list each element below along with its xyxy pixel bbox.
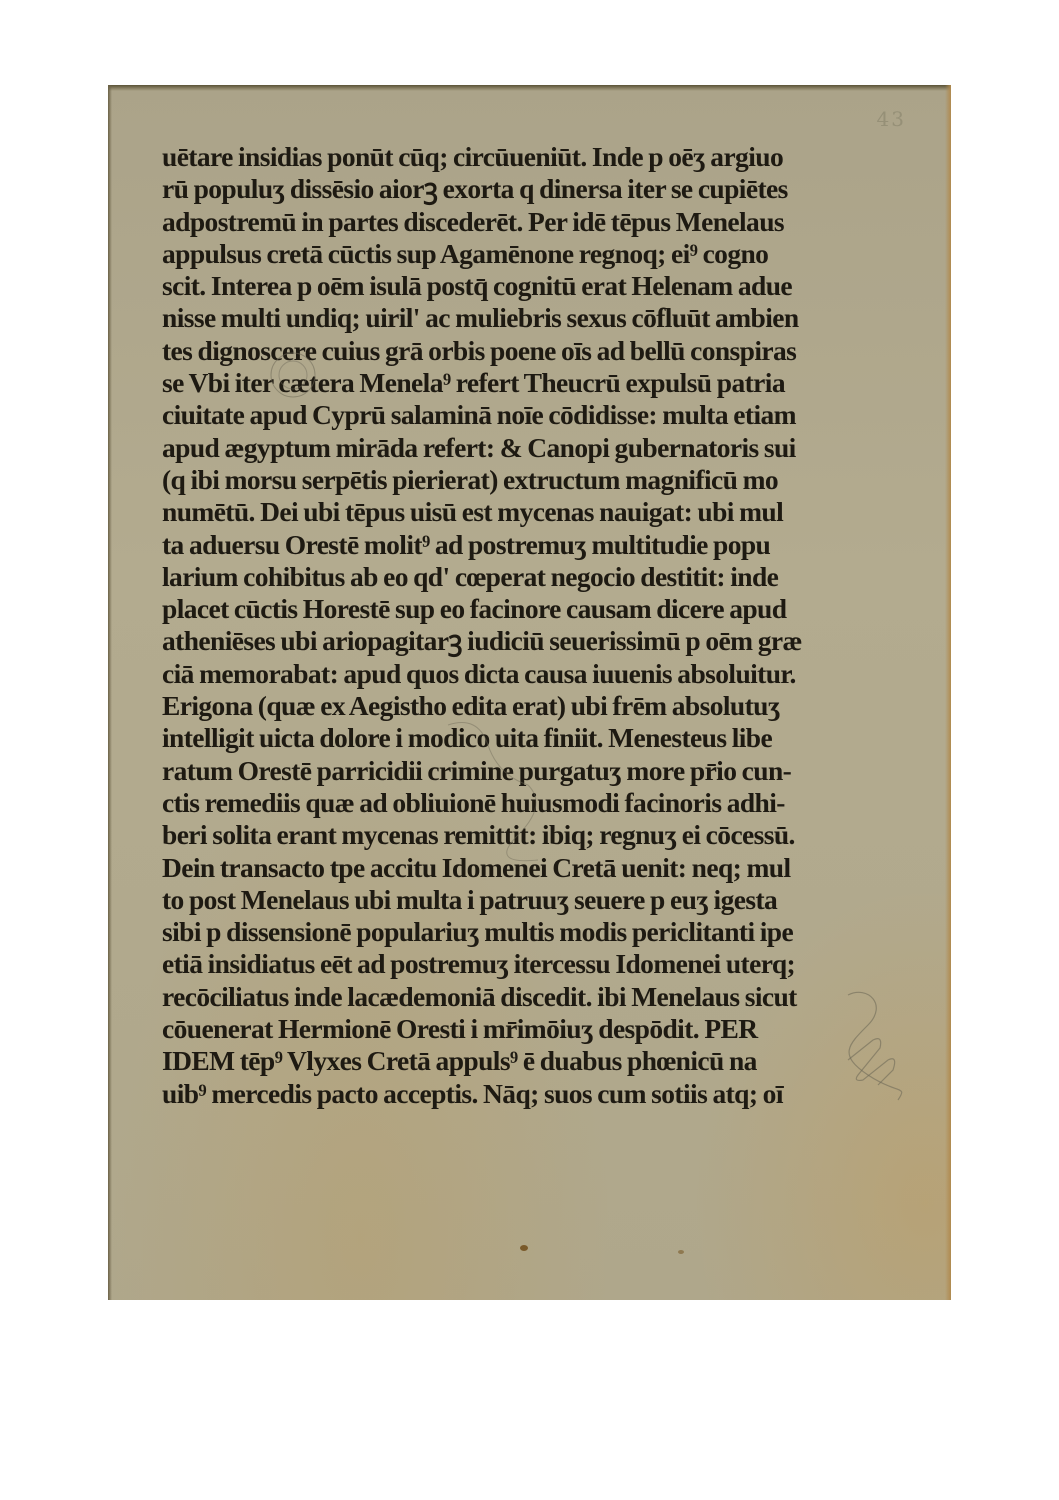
text-line: beri solita erant mycenas remittit: ibiq… [162,819,842,851]
text-line: larium cohibitus ab eo qd' cœperat negoc… [162,561,842,593]
text-line: adpostremū in partes discederēt. Per idē… [162,206,842,238]
text-line: Erigona (quæ ex Aegistho edita erat) ubi… [162,690,842,722]
page-left-edge [108,85,112,1300]
text-line: ta aduersu Orestē molit⁹ ad postremuʒ mu… [162,529,842,561]
text-line: ciuitate apud Cyprū salaminā noīe cōdidi… [162,399,842,431]
text-line: uib⁹ mercedis pacto acceptis. Nāq; suos … [162,1078,842,1110]
text-line: cōuenerat Hermionē Oresti i mr̄imōiuʒ de… [162,1013,842,1045]
paper-stain [678,1250,684,1254]
text-line: IDEM tēp⁹ Vlyxes Cretā appuls⁹ ē duabus … [162,1045,842,1077]
text-line: se Vbi iter cætera Menela⁹ refert Theucr… [162,367,842,399]
pencil-folio-number: 43 [877,107,906,131]
text-line: ciā memorabat: apud quos dicta causa iuu… [162,658,842,690]
text-line: recōciliatus inde lacædemoniā discedit. … [162,981,842,1013]
text-line: to post Menelaus ubi multa i patruuʒ seu… [162,884,842,916]
text-line: (q ibi morsu serpētis pierierat) extruct… [162,464,842,496]
text-line: apud ægyptum mirāda refert: & Canopi gub… [162,432,842,464]
page-top-edge [108,85,951,91]
text-line: etiā insidiatus eēt ad postremuʒ iterces… [162,948,842,980]
text-line: intelligit uicta dolore i modico uita fi… [162,722,842,754]
marginal-doodle-icon [838,1020,908,1090]
text-line: sibi p dissensionē populariuʒ multis mod… [162,916,842,948]
text-line: ratum Orestē parricidii crimine purgatuʒ… [162,755,842,787]
text-line: appulsus cretā cūctis sup Agamēnone regn… [162,238,842,270]
page-right-edge [945,85,951,1300]
text-line: rū populuʒ dissēsio aiorꝫ exorta q diner… [162,173,842,205]
text-line: numētū. Dei ubi tēpus uisū est mycenas n… [162,496,842,528]
manuscript-page: 43 uētare insidias ponūt cūq; circūueniū… [108,85,951,1300]
text-line: atheniēses ubi ariopagitarꝫ iudiciū seue… [162,625,842,657]
text-line: placet cūctis Horestē sup eo facinore ca… [162,593,842,625]
text-line: uētare insidias ponūt cūq; circūueniūt. … [162,141,842,173]
paper-stain [520,1245,528,1251]
text-line: scit. Interea p oēm isulā postq̄ cognitū… [162,270,842,302]
text-line: tes dignoscere cuius grā orbis poene oīs… [162,335,842,367]
text-line: nisse multi undiq; uiril' ac muliebris s… [162,302,842,334]
printed-text-block: uētare insidias ponūt cūq; circūueniūt. … [162,141,842,1110]
text-line: ctis remediis quæ ad obliuionē huiusmodi… [162,787,842,819]
text-line: Dein transacto tpe accitu Idomenei Cretā… [162,852,842,884]
